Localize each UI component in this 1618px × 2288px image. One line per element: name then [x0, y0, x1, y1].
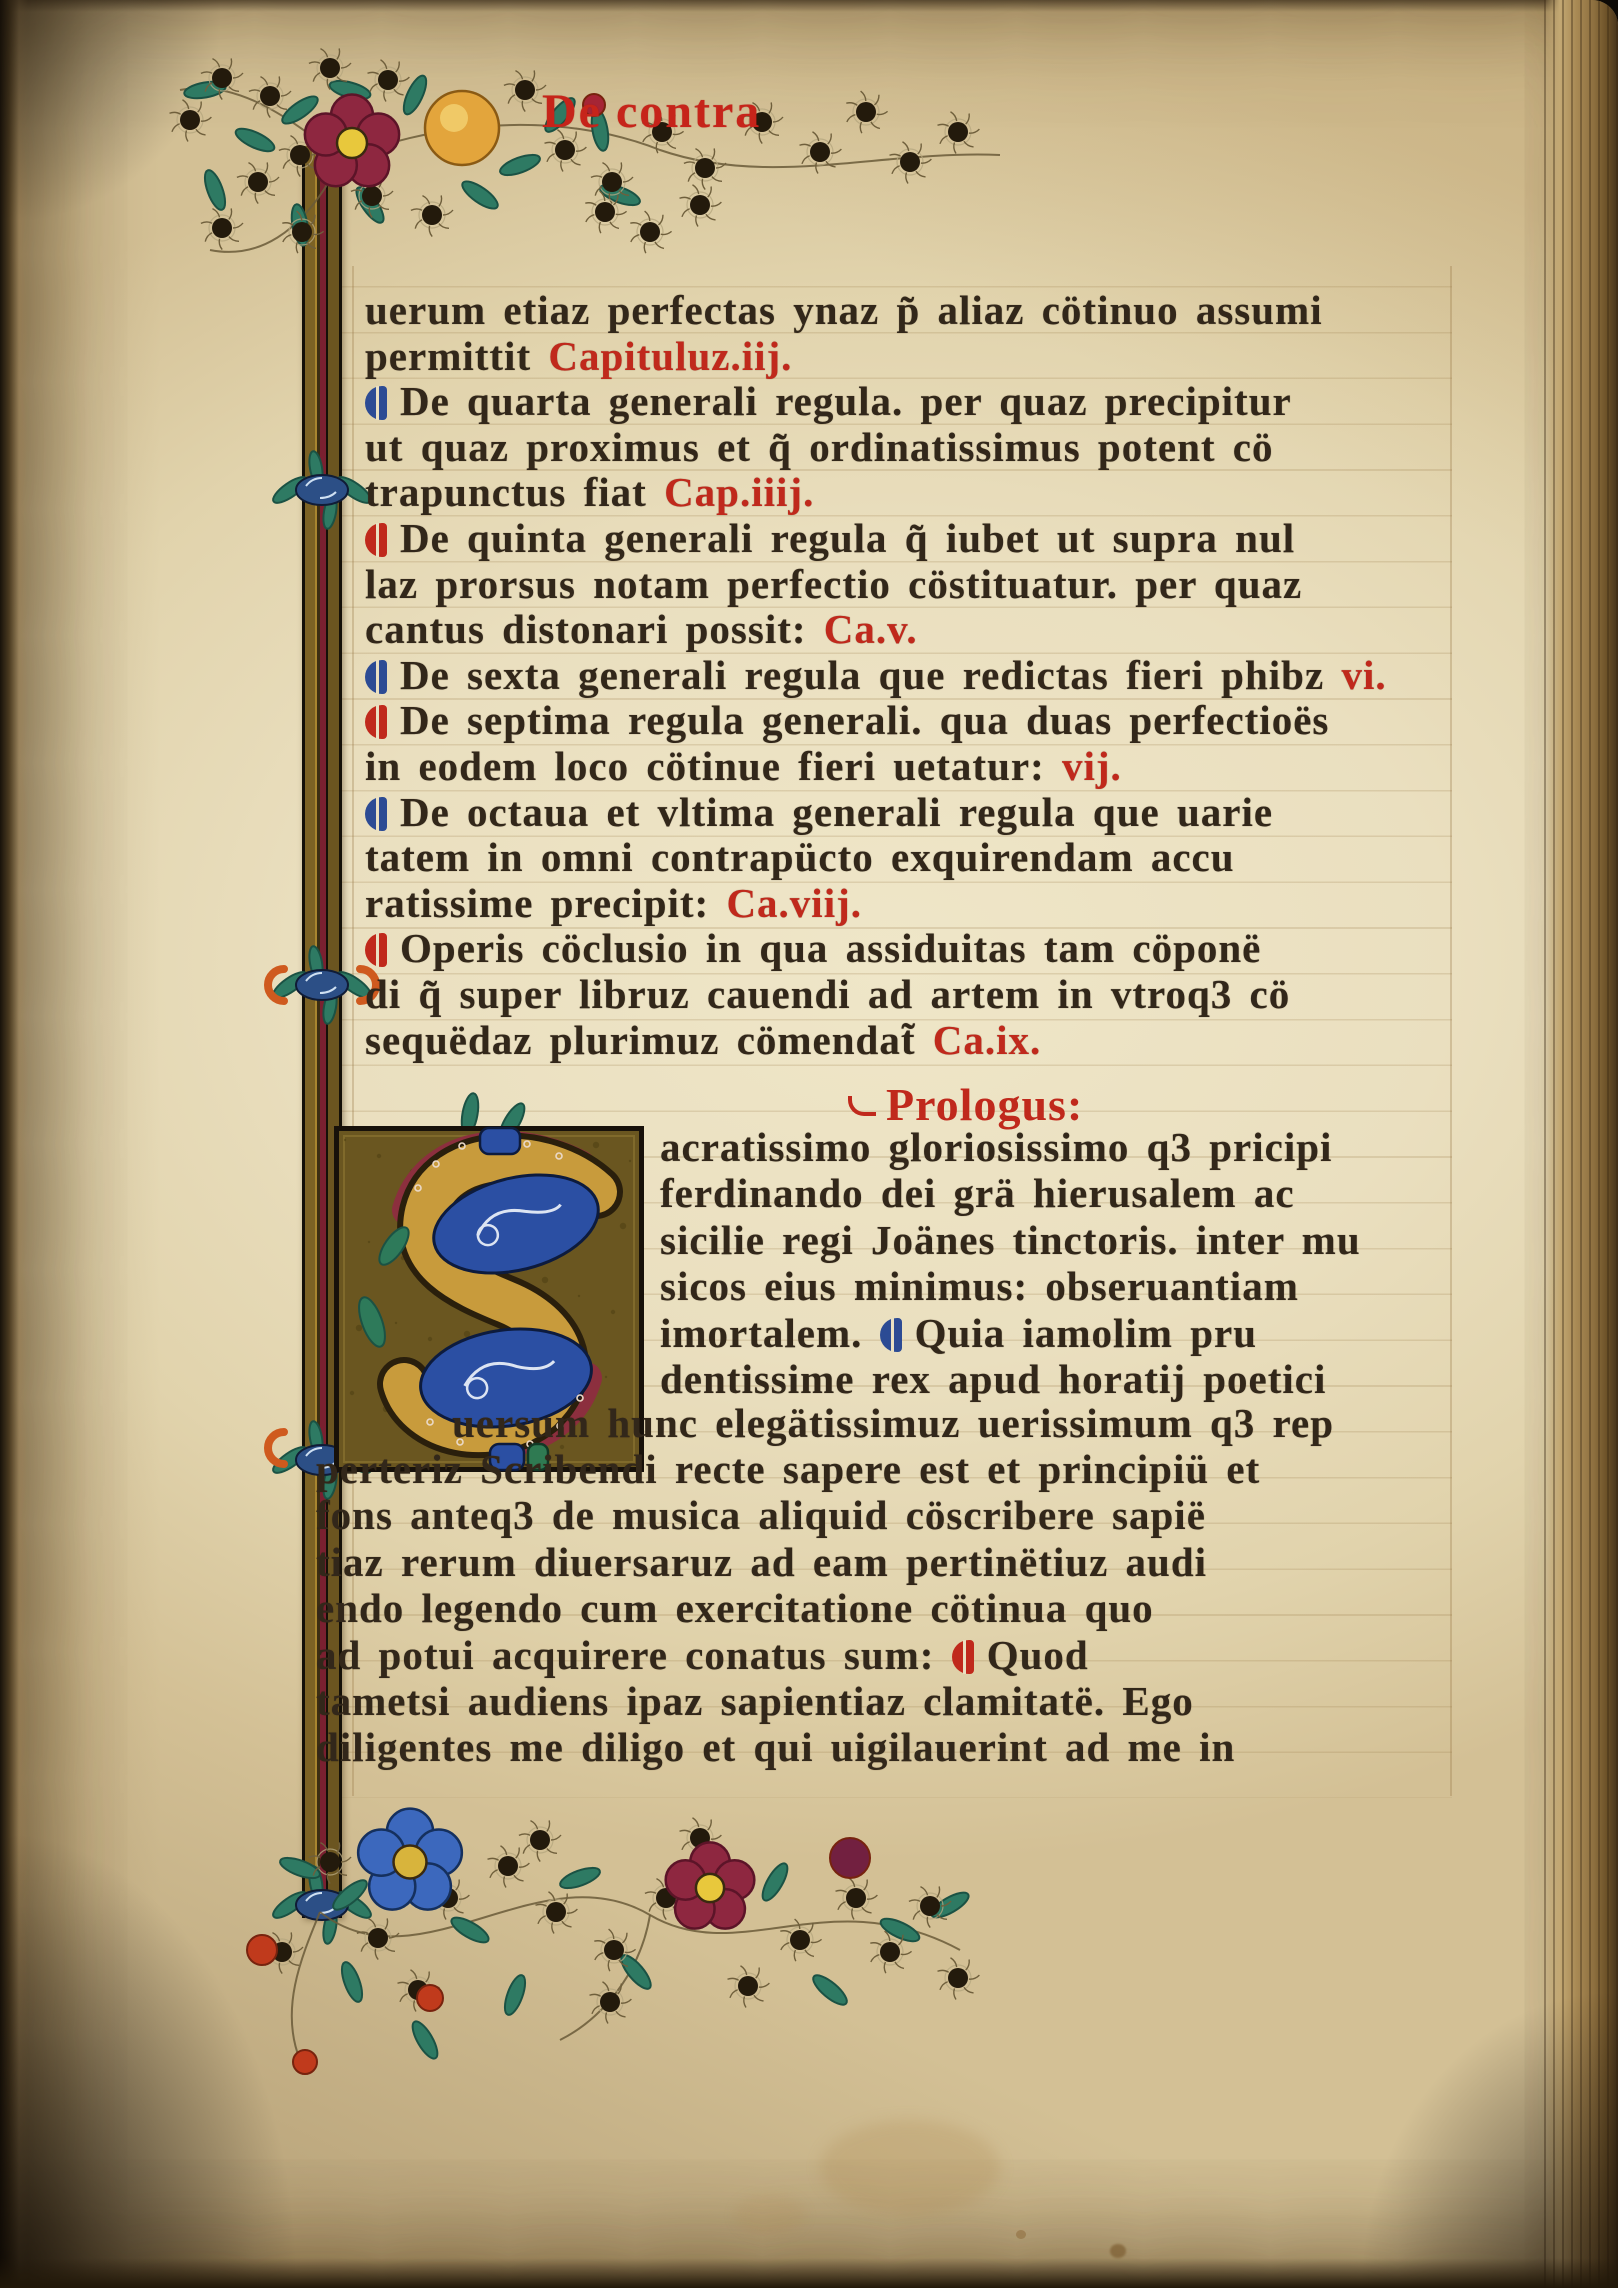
- floral-spray-top-icon: [169, 48, 1000, 253]
- text-segment: ut quaz proximus et q̃ ordinatissimus po…: [365, 424, 1273, 470]
- text-segment: in eodem loco cötinue fieri uetatur:: [365, 743, 1062, 789]
- text-segment: cantus distonari possit:: [365, 606, 824, 652]
- paragraph-mark-icon: [365, 523, 387, 557]
- text-segment: dentissime rex apud horatij poetici: [660, 1356, 1326, 1402]
- running-title: De contra: [542, 84, 761, 139]
- text-segment: laz prorsus notam perfectio cöstituatur.…: [365, 561, 1302, 607]
- page-curvature-shadow: [0, 0, 160, 2288]
- text-line: endo legendo cum exercitatione cötinua q…: [316, 1585, 1260, 1631]
- text-line: ad potui acquirere conatus sum: Quod: [316, 1632, 1260, 1678]
- text-line: De quarta generali regula. per quaz prec…: [365, 379, 1387, 425]
- paragraph-mark-icon: [365, 797, 387, 831]
- floral-garland-bottom-icon: [247, 1809, 979, 2074]
- text-segment: De quarta generali regula. per quaz prec…: [400, 378, 1292, 424]
- text-line: Operis cöclusio in qua assiduitas tam cö…: [365, 926, 1387, 972]
- page-corner-shadow: [1358, 1988, 1618, 2288]
- text-segment: De septima regula generali. qua duas per…: [400, 697, 1329, 743]
- paragraph-mark-icon: [365, 386, 387, 420]
- text-segment: vij.: [1062, 743, 1122, 789]
- prologue-full-text: perteriz Scribendi recte sapere est et p…: [316, 1446, 1260, 1771]
- text-line: acratissimo gloriosissimo q3 pricipi: [660, 1124, 1361, 1170]
- text-line: perteriz Scribendi recte sapere est et p…: [316, 1446, 1260, 1492]
- text-segment: uerum etiaz perfectas ynaz p̃ aliaz cöti…: [365, 287, 1323, 333]
- text-segment: ferdinando dei grä hierusalem ac: [660, 1170, 1295, 1216]
- text-segment: tatem in omni contrapücto exquirendam ac…: [365, 834, 1235, 880]
- text-line: sicos eius minimus: obseruantiam: [660, 1263, 1361, 1309]
- text-segment: fons anteq3 de musica aliquid cöscribere…: [316, 1492, 1206, 1538]
- page-corner-shadow: [0, 1828, 300, 2288]
- manuscript-page: De contra uerum etiaz perfectas ynaz p̃ …: [0, 0, 1618, 2288]
- text-segment: Ca.viij.: [726, 880, 862, 926]
- fore-edge-page-stack: [1544, 0, 1618, 2288]
- text-segment: Operis cöclusio in qua assiduitas tam cö…: [400, 925, 1261, 971]
- text-segment: Ca.ix.: [933, 1017, 1042, 1063]
- parchment-stain: [735, 2195, 805, 2235]
- text-segment: sicilie regi Joänes tinctoris. inter mu: [660, 1217, 1361, 1263]
- paragraph-mark-icon: [365, 933, 387, 967]
- page-corner-shadow: [0, 0, 220, 220]
- text-segment: ratissime precipit:: [365, 880, 726, 926]
- red-flourish-icon: [848, 1096, 876, 1116]
- page-edge-left: [0, 0, 28, 2288]
- text-line: tatem in omni contrapücto exquirendam ac…: [365, 835, 1387, 881]
- text-segment: imortalem.: [660, 1310, 880, 1356]
- parchment-speck: [1110, 2244, 1126, 2258]
- text-segment: tametsi audiens ipaz sapientiaz clamitat…: [316, 1678, 1194, 1724]
- paragraph-mark-icon: [880, 1318, 902, 1352]
- text-line: tametsi audiens ipaz sapientiaz clamitat…: [316, 1678, 1260, 1724]
- paragraph-mark-icon: [952, 1640, 974, 1674]
- text-segment: permittit: [365, 333, 548, 379]
- text-line: De sexta generali regula que redictas fi…: [365, 653, 1387, 699]
- paragraph-mark-icon: [365, 660, 387, 694]
- text-line: sequëdaz plurimuz cömendat̃ Ca.ix.: [365, 1018, 1387, 1064]
- text-line: dentissime rex apud horatij poetici: [660, 1356, 1361, 1402]
- text-line: ut quaz proximus et q̃ ordinatissimus po…: [365, 425, 1387, 471]
- parchment-stain: [820, 2120, 1000, 2215]
- text-segment: sequëdaz plurimuz cömendat̃: [365, 1017, 933, 1063]
- text-line: ferdinando dei grä hierusalem ac: [660, 1170, 1361, 1216]
- text-segment: endo legendo cum exercitatione cötinua q…: [316, 1585, 1154, 1631]
- text-line: laz prorsus notam perfectio cöstituatur.…: [365, 562, 1387, 608]
- text-line: in eodem loco cötinue fieri uetatur: vij…: [365, 744, 1387, 790]
- text-line: diligentes me diligo et qui uigilauerint…: [316, 1724, 1260, 1770]
- text-segment: sicos eius minimus: obseruantiam: [660, 1263, 1299, 1309]
- text-segment: trapunctus fiat: [365, 469, 664, 515]
- text-line: uersum hunc elegätissimuz uerissimum q3 …: [452, 1400, 1334, 1446]
- text-line: De octaua et vltima generali regula que …: [365, 790, 1387, 836]
- text-segment: Quod: [987, 1632, 1089, 1678]
- text-line: ratissime precipit: Ca.viij.: [365, 881, 1387, 927]
- prologue-heading-label: Prologus:: [886, 1079, 1083, 1130]
- table-of-contents: uerum etiaz perfectas ynaz p̃ aliaz cöti…: [365, 288, 1387, 1063]
- prologue-wrapped-text: acratissimo gloriosissimo q3 pricipiferd…: [660, 1124, 1361, 1402]
- text-segment: vi.: [1341, 652, 1386, 698]
- text-segment: Capituluz.iij.: [548, 333, 792, 379]
- text-line: fons anteq3 de musica aliquid cöscribere…: [316, 1492, 1260, 1538]
- text-segment: De sexta generali regula que redictas fi…: [400, 652, 1341, 698]
- text-line: imortalem. Quia iamolim pru: [660, 1310, 1361, 1356]
- text-line: permittit Capituluz.iij.: [365, 334, 1387, 380]
- text-segment: Ca.v.: [824, 606, 918, 652]
- text-line: De quinta generali regula q̃ iubet ut su…: [365, 516, 1387, 562]
- prologue-indent-line: uersum hunc elegätissimuz uerissimum q3 …: [452, 1400, 1334, 1446]
- text-line: sicilie regi Joänes tinctoris. inter mu: [660, 1217, 1361, 1263]
- text-segment: ad potui acquirere conatus sum:: [316, 1632, 952, 1678]
- page-edge-top: [0, 0, 1618, 12]
- text-line: di q̃ super libruz cauendi ad artem in v…: [365, 972, 1387, 1018]
- text-segment: De octaua et vltima generali regula que …: [400, 789, 1273, 835]
- text-segment: diligentes me diligo et qui uigilauerint…: [316, 1724, 1235, 1770]
- text-line: trapunctus fiat Cap.iiij.: [365, 470, 1387, 516]
- text-line: uerum etiaz perfectas ynaz p̃ aliaz cöti…: [365, 288, 1387, 334]
- text-segment: di q̃ super libruz cauendi ad artem in v…: [365, 971, 1290, 1017]
- text-segment: Cap.iiij.: [664, 469, 814, 515]
- text-segment: De quinta generali regula q̃ iubet ut su…: [400, 515, 1295, 561]
- right-frame-rule: [1450, 266, 1452, 1796]
- text-line: tiaz rerum diuersaruz ad eam pertinëtiuz…: [316, 1539, 1260, 1585]
- text-segment: uersum hunc elegätissimuz uerissimum q3 …: [452, 1400, 1334, 1446]
- text-line: De septima regula generali. qua duas per…: [365, 698, 1387, 744]
- text-line: cantus distonari possit: Ca.v.: [365, 607, 1387, 653]
- parchment-speck: [1016, 2230, 1026, 2239]
- text-segment: Quia iamolim pru: [915, 1310, 1257, 1356]
- paragraph-mark-icon: [365, 705, 387, 739]
- text-segment: acratissimo gloriosissimo q3 pricipi: [660, 1124, 1332, 1170]
- text-segment: perteriz Scribendi recte sapere est et p…: [316, 1446, 1260, 1492]
- text-segment: tiaz rerum diuersaruz ad eam pertinëtiuz…: [316, 1539, 1207, 1585]
- page-edge-bottom: [0, 2258, 1618, 2288]
